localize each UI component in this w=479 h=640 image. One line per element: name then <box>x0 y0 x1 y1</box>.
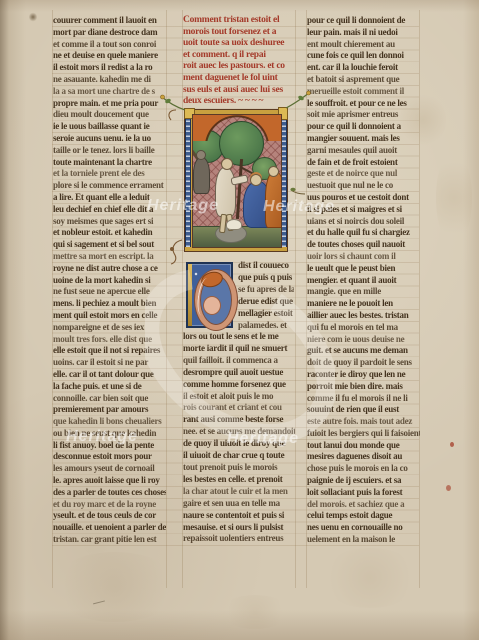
manuscript-text-line: del morois. et sachiez que a <box>307 499 420 511</box>
manuscript-text-line: fuioit les bergiers qui li faisoient <box>307 428 420 440</box>
rubric-line: sus euls et ausi auec lui ses <box>183 85 295 97</box>
manuscript-text-line: mesires daguenes disoit au <box>307 451 420 463</box>
manuscript-text-line: morte iardit il quil ne smuert <box>183 343 295 355</box>
manuscript-text-line: les bestes en celle. et prenoit <box>183 474 295 486</box>
manuscript-text-line: la fache puis. et une si de <box>53 381 166 393</box>
manuscript-text-line: geste et de noirce que nul <box>307 168 420 180</box>
manuscript-text-line: et nobleur estoit. et kahedin <box>53 227 166 239</box>
manuscript-text-line: connoille. car bien soit que <box>53 393 166 405</box>
manuscript-text-line: souuint de rien que il eust <box>307 404 420 416</box>
manuscript-text-line: mangier souuent. mais les <box>307 133 420 145</box>
manuscript-text-line: royne ne dist autre chose a ce <box>53 263 166 275</box>
manuscript-text-line: nee. et se aucuns me demandoit <box>183 426 295 438</box>
manuscript-text-line: propre main. et me pria pour <box>53 98 166 110</box>
manuscript-text-line: et du roy marc et de la royne <box>53 499 166 511</box>
manuscript-text-line: comme il fu el morois il ne li <box>307 393 420 405</box>
manuscript-text-line: ent. car il la louchie feroit <box>307 62 420 74</box>
rubric-line: Comment tristan estoit el <box>183 15 295 27</box>
manuscript-text-line: elle estoit que il not si repaires <box>53 345 166 357</box>
manuscript-text-line: mort par diane destroce dam <box>53 27 166 39</box>
manuscript-text-line: de quoy il uiuoit ie diroy que <box>183 438 295 450</box>
manuscript-text-line: merueille estoit comment il <box>307 86 420 98</box>
shepherd-figure-grey <box>193 157 210 194</box>
seated-shepherd-orange <box>265 171 282 228</box>
vertical-ruling <box>166 10 167 588</box>
manuscript-text-line: se fu apres de la <box>238 284 294 296</box>
ink-speck <box>29 12 37 22</box>
manuscript-text-line: porroit mie bien dire. mais <box>307 381 420 393</box>
manuscript-text-line: raconter ie diroy que len ne <box>307 369 420 381</box>
manuscript-text-line: ne et deuise en quele maniere <box>53 50 166 62</box>
rubric: Comment tristan estoit elmorois tout for… <box>183 15 295 108</box>
manuscript-text-line: uus pouros et ue cestoit dont <box>307 192 420 204</box>
manuscript-text-line: et batoit si asprement que <box>307 74 420 86</box>
text-column-middle-beside-initial: dist il couuecoque puis q puisse fu apre… <box>238 260 294 331</box>
manuscript-text-line: et du halle quil fu si chargiez <box>307 227 420 239</box>
manuscript-text-line: leu dechief en chief elle dit a <box>53 204 166 216</box>
tristan-figure <box>215 167 236 217</box>
manuscript-text-line: gaire et sen uua en telle ma <box>183 498 295 510</box>
red-margin-dot <box>450 442 454 447</box>
manuscript-text-line: comme homme forsenez que <box>183 379 295 391</box>
manuscript-text-line: uians et si noircis dou soleil <box>307 216 420 228</box>
manuscript-text-line: uoir lors si chaunt com il <box>307 251 420 263</box>
shepherd-head <box>250 174 262 186</box>
manuscript-text-line: le ueult que le peust bien <box>307 263 420 275</box>
manuscript-text-line: mangie. que en mille <box>307 286 420 298</box>
miniature-illustration <box>184 109 288 252</box>
rubric-line: uoit toute sa uoix deshuree <box>183 38 295 50</box>
manuscript-text-line: uoins. car il estoit si ne par <box>53 357 166 369</box>
manuscript-text-line: ment quil estoit mors en celle <box>53 310 166 322</box>
manuscript-text-line: celui temps estoit dague <box>307 510 420 522</box>
smudge-mark <box>91 593 105 605</box>
manuscript-text-line: mesauise. et si ours li pulsist <box>183 522 295 534</box>
decorated-initial <box>186 262 233 328</box>
manuscript-text-line: paignie de ij escuiers. et sa <box>307 475 420 487</box>
manuscript-text-line: il uiuoit de char crue q toute <box>183 450 295 462</box>
stain <box>50 552 180 622</box>
manuscript-text-line: uoine de la mort kahedin si <box>53 275 166 287</box>
rubric-line: roit auec les pastours. et co <box>183 61 295 73</box>
manuscript-text-line: il estoit mors il redist a la ro <box>53 62 166 74</box>
manuscript-text-line: quil failloit. il commenca a <box>183 355 295 367</box>
manuscript-text-line: de fain et de froit estoient <box>307 157 420 169</box>
manuscript-text-line: leur pain. mais il ni uedoi <box>307 27 420 39</box>
manuscript-text-line: li fist anuoy. boel de la pente <box>53 440 166 452</box>
manuscript-text-line: que puis q puis <box>238 272 294 284</box>
stain <box>436 150 472 246</box>
shepherd-head <box>196 150 206 160</box>
vertical-ruling <box>295 10 296 588</box>
shepherd-head <box>268 166 279 177</box>
manuscript-page: couurer comment il lauoit enmort par dia… <box>0 0 479 640</box>
manuscript-text-line: seroie aucuns uenu. ie la uo <box>53 133 166 145</box>
manuscript-text-line: qui fu el morois en tel ma <box>307 322 420 334</box>
manuscript-text-line: maniere ne le pouoit len <box>307 298 420 310</box>
manuscript-text-line: toute maintenant la chartre <box>53 157 166 169</box>
manuscript-text-line: mellagier estoit <box>238 308 294 320</box>
manuscript-text-line: guit. et se aucuns me deman <box>307 345 420 357</box>
manuscript-text-line: de toutes choses quil nauoit <box>307 239 420 251</box>
rubric-line: et comment. q il repai <box>183 50 295 62</box>
miniature-blue-bar-left <box>185 113 191 247</box>
manuscript-text-line: que kahedin li bons cheualiers <box>53 416 166 428</box>
manuscript-text-line: desrompre quil auoit uestue <box>183 367 295 379</box>
manuscript-text-line: tout lanui dou monde que <box>307 440 420 452</box>
white-animal <box>226 219 242 230</box>
stain <box>320 548 420 608</box>
manuscript-text-line: il si pales et si maigres et si <box>307 204 420 216</box>
rubric-line: morois tout forsenez et a <box>183 27 295 39</box>
manuscript-text-line: mengier. et quant il auoit <box>307 275 420 287</box>
manuscript-text-line: dieu moult doucement que <box>53 109 166 121</box>
manuscript-text-line: uestuoit que nul ne le co <box>307 180 420 192</box>
manuscript-text-line: rant ausi comme beste forse <box>183 414 295 426</box>
manuscript-text-line: este autre fois. mais tout adez <box>307 416 420 428</box>
red-margin-dot <box>446 485 451 491</box>
manuscript-text-line: loit sollaciant puis la forest <box>307 487 420 499</box>
manuscript-text-line: mens. li pechiez a moult bien <box>53 298 166 310</box>
rubric-line: deux escuiers. ~ ~ ~ ~ <box>183 96 295 108</box>
manuscript-text-line: qui si sagement et si bel sout <box>53 239 166 251</box>
manuscript-text-line: a lire. Et quant elle a leduit <box>53 192 166 204</box>
text-column-right: pour ce quil li donnoient deleur pain. m… <box>307 15 420 546</box>
manuscript-text-line: soy meismes que sages ert si <box>53 216 166 228</box>
manuscript-text-line: ent moult chierement au <box>307 39 420 51</box>
manuscript-text-line: lors ou tout le sens et le me <box>183 331 295 343</box>
manuscript-text-line: et comme il a tout son conroi <box>53 39 166 51</box>
manuscript-text-line: elle. car il ot tant dolour que <box>53 369 166 381</box>
manuscript-text-line: la char atout le cuir et la men <box>183 486 295 498</box>
manuscript-text-line: pour ce quil li donnoient de <box>307 15 420 27</box>
manuscript-text-line: rois courant et criant et cou <box>183 402 295 414</box>
manuscript-text-line: tristan. car grant pitie len est <box>53 534 166 546</box>
manuscript-text-line: moult tres fors. elle dist que <box>53 334 166 346</box>
manuscript-text-line: tout prenoit puis le morois <box>183 462 295 474</box>
tristan-head <box>221 158 233 170</box>
manuscript-text-line: ou bien ne seust que kahedin <box>53 428 166 440</box>
manuscript-text-line: pour ce quil li donnoient a <box>307 121 420 133</box>
manuscript-text-line: taille or le tenez. lors li baille <box>53 145 166 157</box>
manuscript-text-line: ie le uous baillasse quant ie <box>53 121 166 133</box>
miniature-scene <box>192 114 282 248</box>
manuscript-text-line: doit de quoy il pardoit le sens <box>307 357 420 369</box>
manuscript-text-line: nouaille. et uenoient a parler de <box>53 522 166 534</box>
manuscript-text-line: ne fust seue ne apercue elle <box>53 286 166 298</box>
manuscript-text-line: uelement en la maison le <box>307 534 420 546</box>
manuscript-text-line: cune fois ce quil len donnoi <box>307 50 420 62</box>
manuscript-text-line: yseult. et de tous ceuls de cor <box>53 510 166 522</box>
manuscript-text-line: chose puis le morois en la co <box>307 463 420 475</box>
manuscript-text-line: et la torniele prent ele des <box>53 168 166 180</box>
initial-gold-edge <box>188 264 192 326</box>
manuscript-text-line: aillier auec les bestes. tristan <box>307 310 420 322</box>
manuscript-text-line: derue edist que <box>238 296 294 308</box>
manuscript-text-line: repaissoit uolentiers entreus <box>183 533 295 545</box>
manuscript-text-line: plore si le commence errament <box>53 180 166 192</box>
text-column-left: couurer comment il lauoit enmort par dia… <box>53 15 166 546</box>
manuscript-text-line: niere com ie uous deuise ne <box>307 334 420 346</box>
manuscript-text-line: garni mesaules quil auoit <box>307 145 420 157</box>
manuscript-text-line: il estoit et aloit puis le mo <box>183 391 295 403</box>
manuscript-text-line: ne asauante. kahedin me di <box>53 74 166 86</box>
manuscript-text-line: des a parler de toutes ces choses <box>53 487 166 499</box>
manuscript-text-line: desconnue estoit mors pour <box>53 451 166 463</box>
rubric-line: ment daguenet le fol uint <box>183 73 295 85</box>
stain <box>220 595 290 629</box>
manuscript-text-line: le souffroit. et pour ce ne les <box>307 98 420 110</box>
manuscript-text-line: couurer comment il lauoit en <box>53 15 166 27</box>
manuscript-text-line: dist il couueco <box>238 260 294 272</box>
text-column-middle: lors ou tout le sens et le memorte iardi… <box>183 331 295 545</box>
manuscript-text-line: le. apres auoit laisse que li roy <box>53 475 166 487</box>
manuscript-text-line: soit mie aprismer entreus <box>307 109 420 121</box>
manuscript-text-line: nompareigne et de ses iex <box>53 322 166 334</box>
manuscript-text-line: palamedes. et <box>238 320 294 332</box>
manuscript-text-line: mettre sa mort en escript. la <box>53 251 166 263</box>
arched-spandrel <box>193 115 281 141</box>
manuscript-text-line: les amours yseut de cornoail <box>53 463 166 475</box>
manuscript-text-line: la a sa mort une chartre de s <box>53 86 166 98</box>
manuscript-text-line: naure se contentoit et puis si <box>183 510 295 522</box>
manuscript-text-line: nes uenu en cornouaille no <box>307 522 420 534</box>
manuscript-text-line: premierement par amours <box>53 404 166 416</box>
